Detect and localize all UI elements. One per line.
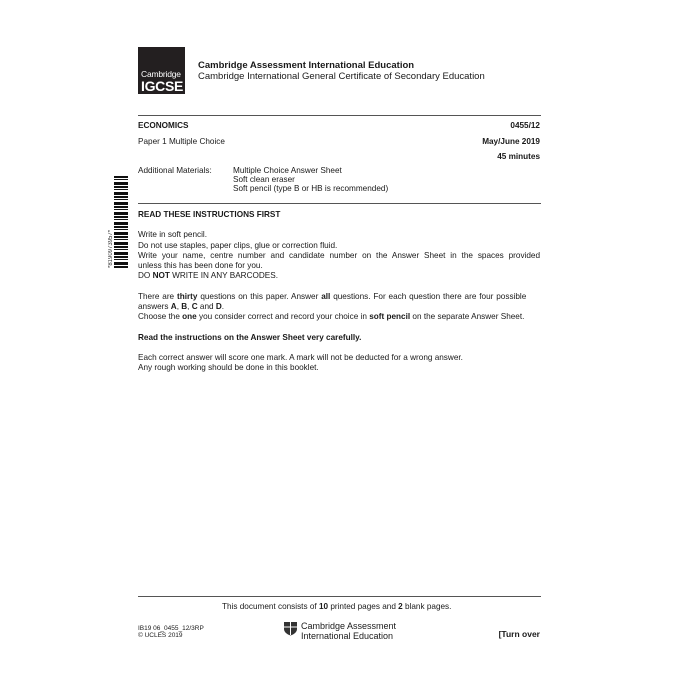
session: May/June 2019 xyxy=(482,137,540,146)
instruction-line: Write your name, centre number and candi… xyxy=(138,251,540,260)
materials-label: Additional Materials: xyxy=(138,166,212,175)
answer-sheet-note: Read the instructions on the Answer Shee… xyxy=(138,333,361,342)
paper-code: 0455/12 xyxy=(510,121,540,130)
instruction-para: answers A, B, C and D. xyxy=(138,302,224,311)
marking-note: Each correct answer will score one mark.… xyxy=(138,353,463,362)
cambridge-crest-icon xyxy=(283,621,298,636)
duration: 45 minutes xyxy=(497,152,540,161)
page-count: This document consists of 10 printed pag… xyxy=(222,602,451,611)
barcode-digits: *8190973957* xyxy=(108,176,114,268)
footer-org-line2: International Education xyxy=(301,631,393,641)
divider xyxy=(138,115,541,116)
instruction-para: There are thirty questions on this paper… xyxy=(138,292,526,301)
instruction-line: Do not use staples, paper clips, glue or… xyxy=(138,241,337,250)
instruction-para: Choose the one you consider correct and … xyxy=(138,312,524,321)
instruction-line: DO NOT WRITE IN ANY BARCODES. xyxy=(138,271,278,280)
barcode xyxy=(114,176,128,268)
material-item: Multiple Choice Answer Sheet xyxy=(233,166,342,175)
material-item: Soft clean eraser xyxy=(233,175,295,184)
divider xyxy=(138,596,541,597)
turn-over: [Turn over xyxy=(499,629,540,639)
paper-name: Paper 1 Multiple Choice xyxy=(138,137,225,146)
subject: ECONOMICS xyxy=(138,121,189,130)
rough-work-note: Any rough working should be done in this… xyxy=(138,363,319,372)
instruction-line: Write in soft pencil. xyxy=(138,230,207,239)
footer-org-line1: Cambridge Assessment xyxy=(301,621,396,631)
copyright: © UCLES 2019 xyxy=(138,632,183,639)
logo-line2: IGCSE xyxy=(141,78,183,94)
instructions-heading: READ THESE INSTRUCTIONS FIRST xyxy=(138,210,280,219)
org-name: Cambridge Assessment International Educa… xyxy=(198,60,414,71)
instruction-line: unless this has been done for you. xyxy=(138,261,263,270)
qualification: Cambridge International General Certific… xyxy=(198,71,485,82)
exam-cover-page: Cambridge IGCSE Cambridge Assessment Int… xyxy=(0,0,678,678)
igcse-logo: Cambridge IGCSE xyxy=(138,47,185,94)
material-item: Soft pencil (type B or HB is recommended… xyxy=(233,184,388,193)
paper-reference: IB19 06_0455_12/3RP xyxy=(138,625,204,632)
divider xyxy=(138,203,541,204)
